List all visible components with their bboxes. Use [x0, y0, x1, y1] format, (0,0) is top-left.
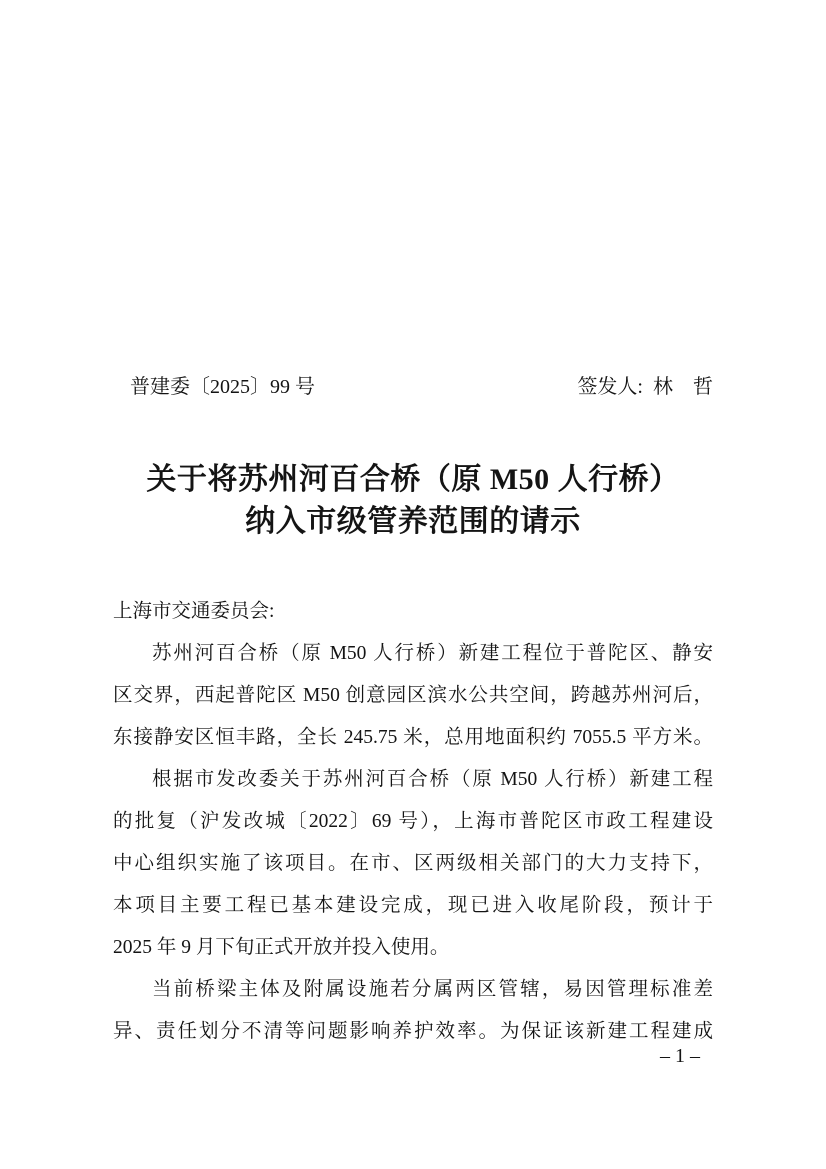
document-header: 普建委〔2025〕99 号 签发人:林 哲: [113, 372, 713, 402]
body-line: 当前桥梁主体及附属设施若分属两区管辖，易因管理标准差: [113, 969, 713, 1011]
body-line: 根据市发改委关于苏州河百合桥（原 M50 人行桥）新建工程: [113, 759, 713, 801]
document-body: 上海市交通委员会: 苏州河百合桥（原 M50 人行桥）新建工程位于普陀区、静安 …: [113, 591, 713, 1053]
document-page: 普建委〔2025〕99 号 签发人:林 哲 关于将苏州河百合桥（原 M50 人行…: [0, 0, 826, 1169]
title-line-1: 关于将苏州河百合桥（原 M50 人行桥）: [0, 459, 826, 501]
issuer-label: 签发人:: [577, 376, 643, 398]
body-line: 本项目主要工程已基本建设完成，现已进入收尾阶段，预计于: [113, 885, 713, 927]
body-line: 的批复（沪发改城〔2022〕69 号），上海市普陀区市政工程建设: [113, 801, 713, 843]
doc-number: 普建委〔2025〕99 号: [113, 372, 315, 402]
body-line: 异、责任划分不清等问题影响养护效率。为保证该新建工程建成: [113, 1011, 713, 1053]
body-line: 2025 年 9 月下旬正式开放并投入使用。: [113, 927, 713, 969]
document-title: 关于将苏州河百合桥（原 M50 人行桥） 纳入市级管养范围的请示: [0, 459, 826, 543]
issuer-name: 林 哲: [653, 376, 713, 398]
salutation: 上海市交通委员会:: [113, 591, 713, 633]
page-number: – 1 –: [660, 1044, 700, 1068]
body-line: 区交界，西起普陀区 M50 创意园区滨水公共空间，跨越苏州河后，: [113, 675, 713, 717]
body-line: 东接静安区恒丰路，全长 245.75 米，总用地面积约 7055.5 平方米。: [113, 717, 713, 759]
issuer: 签发人:林 哲: [577, 372, 713, 402]
body-line: 中心组织实施了该项目。在市、区两级相关部门的大力支持下，: [113, 843, 713, 885]
body-line: 苏州河百合桥（原 M50 人行桥）新建工程位于普陀区、静安: [113, 633, 713, 675]
title-line-2: 纳入市级管养范围的请示: [0, 501, 826, 543]
